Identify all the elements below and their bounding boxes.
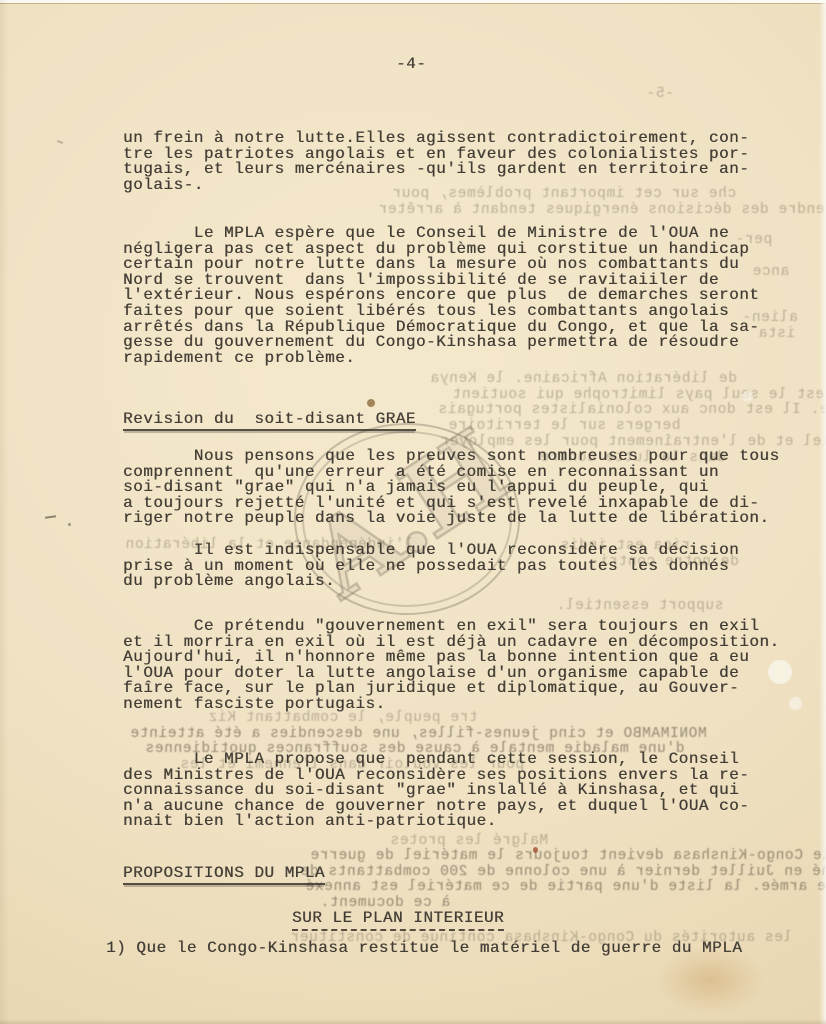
scanned-page: -5-che sur cet important problèmes, pour…	[0, 0, 826, 1024]
bleedthrough-line: Africains de prendre des décisions énerg…	[378, 202, 826, 218]
scan-edge-bottom	[0, 1019, 826, 1024]
subheading-plan-interieur: SUR LE PLAN INTERIEUR	[292, 911, 504, 931]
bleedthrough-line: arraché en Juillet dernier à une colonne…	[300, 864, 826, 880]
scan-edge-top	[0, 0, 826, 4]
paper-hole	[768, 660, 792, 684]
ink-stain-dot	[367, 399, 375, 407]
typed-line: nement fasciste portugais.	[123, 697, 780, 713]
bleedthrough-line: à notre cause. Il est donc aux coloniali…	[438, 402, 826, 418]
paragraph-indispensable: Il est indispensable que l'OUA reconsidè…	[123, 543, 739, 590]
typed-line: riger notre peuple dans la voie juste de…	[123, 511, 780, 527]
paragraph-nous-pensons: Nous pensons que les preuves sont nombre…	[123, 449, 780, 527]
bleedthrough-line: MONIMAMBO et cinq jeunes-filles, une des…	[130, 726, 707, 742]
bleedthrough-line: -5-	[646, 86, 674, 102]
bleedthrough-line: ista	[758, 326, 795, 342]
bleedthrough-line: support essentiel.	[556, 598, 723, 614]
section-heading-revision-grae-text: Revision du soit-disant GRAE	[123, 412, 416, 431]
paragraph-mpla-espere: Le MPLA espère que le Conseil de Ministr…	[123, 226, 759, 366]
bleedthrough-line: pays, le Congo-Kinshasa devient toujours…	[310, 848, 826, 864]
section-heading-propositions: PROPOSITIONS DU MPLA	[123, 866, 325, 885]
bleedthrough-line: notre armée. la liste d'une partie de ce…	[305, 879, 826, 895]
paragraph-gouvernement-exil: Ce prétendu "gouvernement en exil" sera …	[123, 619, 780, 713]
paragraph-mpla-propose: Le MPLA propose que pendant cette sessio…	[123, 752, 749, 830]
pencil-dot-mark	[68, 523, 71, 526]
list-item-1: 1) Que le Congo-Kinshasa restitue le mat…	[106, 941, 742, 957]
bleedthrough-line: de libération Africaine. le Kenya	[430, 371, 737, 387]
scan-edge-left	[0, 0, 9, 1024]
bleedthrough-line: Malgré les protes	[390, 833, 548, 849]
section-heading-propositions-text: PROPOSITIONS DU MPLA	[123, 866, 325, 885]
typed-line: golais-.	[123, 178, 749, 194]
paragraph-continuation: un frein à notre lutte.Elles agissent co…	[123, 131, 749, 193]
red-speck	[533, 847, 538, 853]
page-number: -4-	[396, 57, 426, 73]
typed-line: rapidement ce problème.	[123, 351, 759, 367]
scan-edge-right	[819, 0, 826, 1024]
typed-line: tugais, et leurs mercénaires -qu'ils gar…	[123, 162, 749, 178]
typed-line: du problème angolais.	[123, 574, 739, 590]
paper-hole-faint	[742, 391, 753, 402]
section-heading-revision-grae: Revision du soit-disant GRAE	[123, 412, 416, 431]
paper-hole-small	[789, 697, 802, 710]
subheading-plan-interieur-text: SUR LE PLAN INTERIEUR	[292, 911, 504, 931]
typed-line: nnait bien l'action anti-patriotique.	[123, 814, 749, 830]
rust-stain	[655, 945, 765, 1015]
bleedthrough-line: est le seul pays limitrophe qui soutient	[452, 387, 824, 403]
